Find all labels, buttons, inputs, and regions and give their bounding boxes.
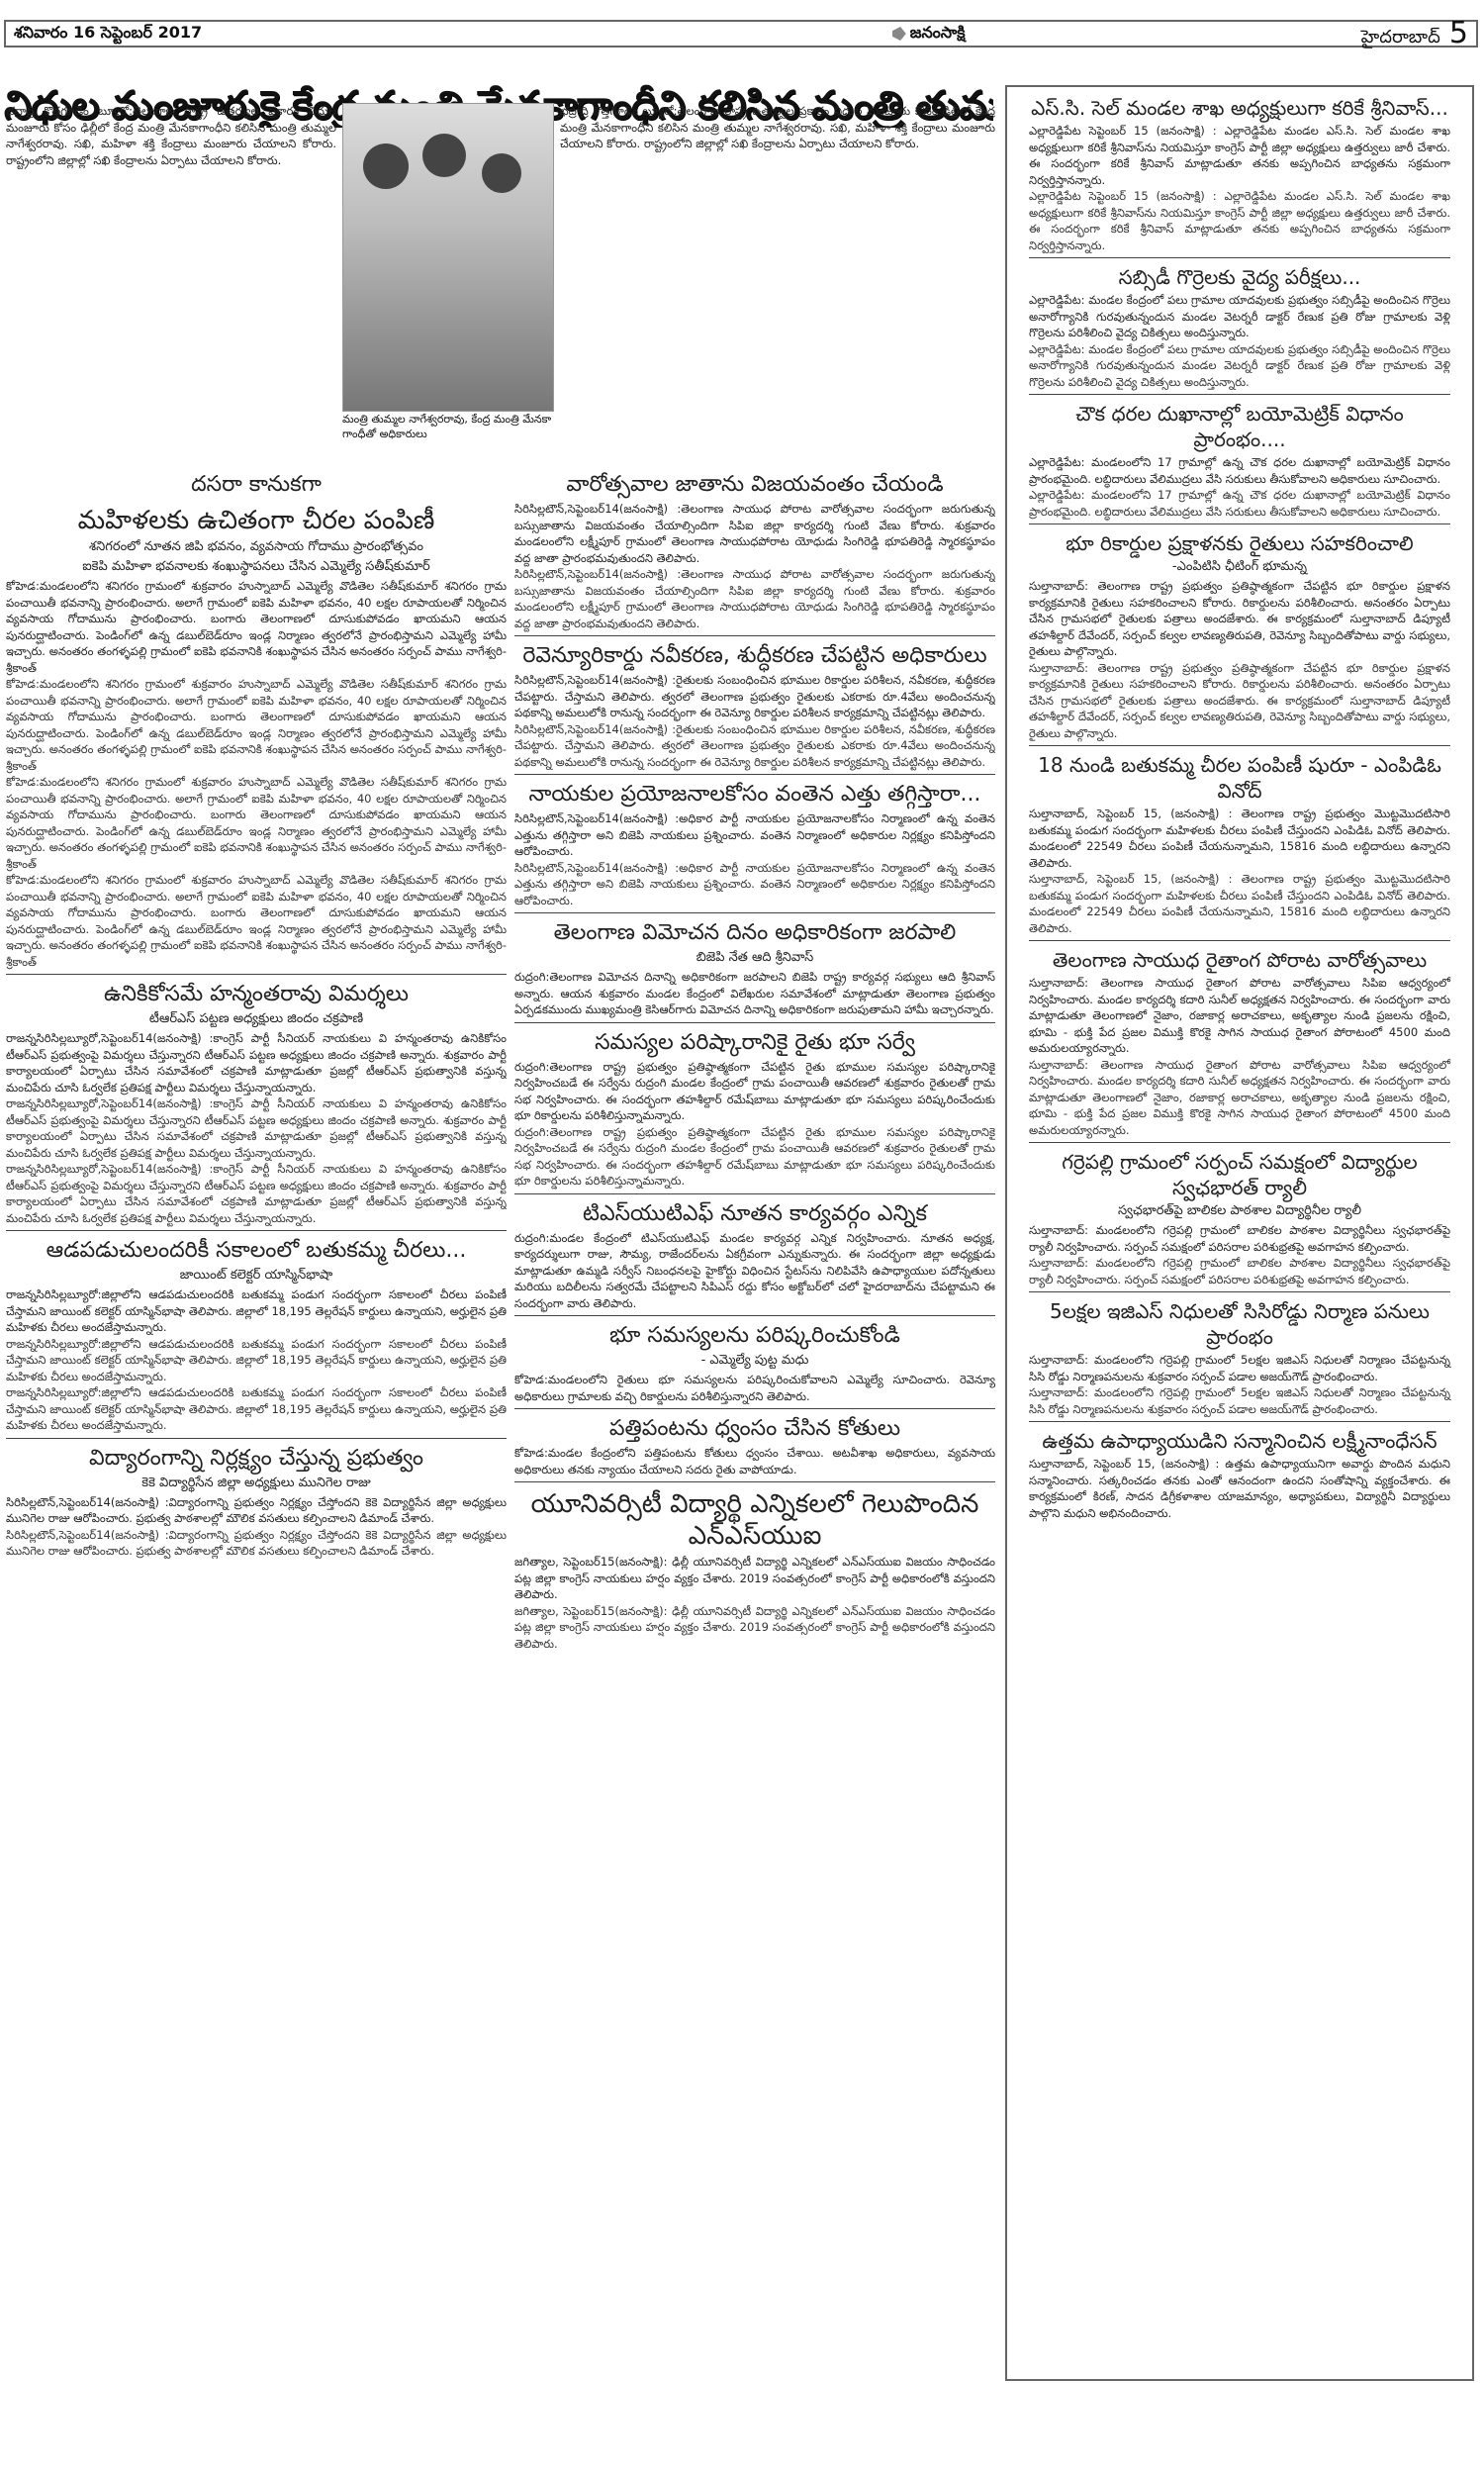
story-body: సిరిసిల్లటౌన్,సెప్టెంబర్14(జనంసాక్షి) :ర… xyxy=(514,672,995,721)
page-edition: హైదరాబాద్ 5 xyxy=(1361,16,1468,51)
story-body-cont: ఎల్లారెడ్డిపేట సెప్టెంబర్ 15 (జనంసాక్షి)… xyxy=(1029,188,1450,253)
story-title: చౌక ధరల దుఖానాల్లో బయోమెట్రిక్ విధానం ప్… xyxy=(1029,401,1450,452)
story-title: దసరా కానుకగా xyxy=(6,471,507,499)
story-body: సిరిసిల్లటౌన్,సెప్టెంబర్14(జనంసాక్షి) :త… xyxy=(514,501,995,566)
story-subtitle: ఐకెపి మహిళా భవనాలకు శంఖుస్థాపనలు చేసిన ఎ… xyxy=(6,558,507,576)
story-body-cont: కోహెడ:మండలంలోని శనిగరం గ్రామంలో శుక్రవార… xyxy=(6,872,507,970)
story-monkeys-cotton: పత్తిపంటను ధ్వంసం చేసిన కోతులు కోహెడ:మండ… xyxy=(514,1415,995,1477)
story-title: భూ రికార్డుల ప్రక్షాళనకు రైతులు సహకరించా… xyxy=(1029,530,1450,556)
story-subtitle: - ఎమ్మెల్యే పుట్ట మధు xyxy=(514,1352,995,1370)
story-title: తెలంగాణ సాయుధ రైతాంగ పోరాట వారోత్సవాలు xyxy=(1029,947,1450,973)
story-subtitle: శనిగరంలో నూతన జిపి భవనం, వ్యవసాయ గోదాము … xyxy=(6,538,507,556)
story-dasara-sarees: దసరా కానుకగా మహిళలకు ఉచితంగా చీరల పంపిణీ… xyxy=(6,471,507,970)
story-bathukamma-sarees: ఆడపడుచులందరికీ సకాలంలో బతుకమ్మ చీరలు... … xyxy=(6,1237,507,1434)
story-revenue-records: రెవెన్యూరికార్డు నవీకరణ, శుద్ధీకరణ చేపట్… xyxy=(514,642,995,770)
story-title: యూనివర్సిటీ విద్యార్థి ఎన్నికలలో గెలుపొం… xyxy=(514,1488,995,1552)
story-body-cont: సుల్తానాబాద్: మండలంలోని గర్రెపల్లి గ్రామ… xyxy=(1029,1255,1450,1287)
story-title: ఉత్తమ ఉపాధ్యాయుడిని సన్మానించిన లక్ష్మీన… xyxy=(1029,1428,1450,1454)
story-body: కోహెడ:మండలంలోని రైతులు భూ సమస్యలను పరిష్… xyxy=(514,1372,995,1404)
column-1: దసరా కానుకగా మహిళలకు ఉచితంగా చీరల పంపిణీ… xyxy=(6,465,507,2464)
story-body: కోహెడ:మండల కేంద్రంలోని పత్తిపంటను కోతులు… xyxy=(514,1445,995,1477)
edition-city: హైదరాబాద్ xyxy=(1361,27,1440,48)
lead-photo-caption: మంత్రి తుమ్మల నాగేశ్వరరావు, కేంద్ర మంత్ర… xyxy=(342,412,552,441)
story-body: రుద్రంగి:మండల కేంద్రంలో టిఎస్‌యుటిఎఫ్ మం… xyxy=(514,1230,995,1312)
story-body: రుద్రంగి:తెలంగాణ విమోచన దినాన్ని అధికారి… xyxy=(514,969,995,1018)
story-sc-cell: ఎస్.సి. సెల్ మండల శాఖ అధ్యక్షులుగా కరికే… xyxy=(1029,95,1450,253)
story-title: గర్రెపల్లి గ్రామంలో సర్పంచ్ సమక్షంలో విద… xyxy=(1029,1149,1450,1200)
story-body: రాజన్నసిరిసిల్లబ్యూరో:జిల్లాలోని ఆడపడుచు… xyxy=(6,1286,507,1336)
story-body: ఎల్లారెడ్డిపేట: మండలంలోని 17 గ్రామాల్లో … xyxy=(1029,454,1450,487)
story-subtitle: జాయింట్ కలెక్టర్ యాస్మిన్‌భాషా xyxy=(6,1267,507,1285)
story-body-cont: రాజన్నసిరిసిల్లబ్యూరో:జిల్లాలోని ఆడపడుచు… xyxy=(6,1336,507,1385)
story-body: జగిత్యాల, సెప్టెంబర్15(జనంసాక్షి): ఢిల్ల… xyxy=(514,1554,995,1603)
story-subtitle: -ఎంపిటిసి ఛీటింగ్ భూమన్న xyxy=(1029,558,1450,576)
story-body: రుద్రంగి:తెలంగాణ రాష్ట్ర ప్రభుత్వం ప్రతి… xyxy=(514,1059,995,1124)
story-body: సిరిసిల్లటౌన్,సెప్టెంబర్14(జనంసాక్షి) :అ… xyxy=(514,810,995,860)
story-title: పత్తిపంటను ధ్వంసం చేసిన కోతులు xyxy=(514,1415,995,1443)
story-body: సుల్తానాబాద్: మండలంలోని గర్రెపల్లి గ్రామ… xyxy=(1029,1352,1450,1384)
newspaper-logo: జనంసాక్షి xyxy=(892,23,966,46)
story-hanumantha-rao: ఉనికికోసమే హన్మంతరావు విమర్శలు టీఆర్ఎస్ … xyxy=(6,981,507,1226)
story-body: సుల్తానాబాద్: తెలంగాణ రాష్ట్ర ప్రభుత్వం … xyxy=(1029,578,1450,660)
story-title: విద్యారంగాన్ని నిర్లక్ష్యం చేస్తున్న ప్ర… xyxy=(6,1445,507,1473)
story-title: ఎస్.సి. సెల్ మండల శాఖ అధ్యక్షులుగా కరికే… xyxy=(1029,95,1450,121)
story-body: కోహెడ:మండలంలోని శనిగరం గ్రామంలో శుక్రవార… xyxy=(6,578,507,676)
story-body-cont: సిరిసిల్లటౌన్,సెప్టెంబర్14(జనంసాక్షి) :వ… xyxy=(6,1527,507,1560)
story-body: ఎల్లారెడ్డిపేట: మండల కేంద్రంలో పలు గ్రామ… xyxy=(1029,292,1450,341)
story-title: రెవెన్యూరికార్డు నవీకరణ, శుద్ధీకరణ చేపట్… xyxy=(514,642,995,670)
story-title-2: మహిళలకు ఉచితంగా చీరల పంపిణీ xyxy=(6,505,507,536)
story-nsui: యూనివర్సిటీ విద్యార్థి ఎన్నికలలో గెలుపొం… xyxy=(514,1488,995,1652)
story-title: నాయకుల ప్రయోజనాలకోసం వంతెన ఎత్తు తగ్గిస్… xyxy=(514,781,995,809)
story-education-neglect: విద్యారంగాన్ని నిర్లక్ష్యం చేస్తున్న ప్ర… xyxy=(6,1445,507,1560)
lead-story-body-right: భద్రాద్రి కొత్తగూడెం బ్యూరో:తెలంగాణ రాష్… xyxy=(560,103,995,459)
story-jatha: వారోత్సవాల జాతాను విజయవంతం చేయండి సిరిసి… xyxy=(514,471,995,631)
story-armed-struggle: తెలంగాణ సాయుధ రైతాంగ పోరాట వారోత్సవాలు స… xyxy=(1029,947,1450,1138)
story-swachh-bharat-rally: గర్రెపల్లి గ్రామంలో సర్పంచ్ సమక్షంలో విద… xyxy=(1029,1149,1450,1287)
story-title: టిఎస్‌యుటిఎఫ్ నూతన కార్యవర్గం ఎన్నిక xyxy=(514,1200,995,1228)
story-title: తెలంగాణ విమోచన దినం అధికారికంగా జరపాలి xyxy=(514,919,995,947)
story-title: 5లక్షల ఇజిఎస్ నిధులతో సిసిరోడ్డు నిర్మాణ… xyxy=(1029,1298,1450,1350)
story-body-cont: సుల్తానాబాద్: తెలంగాణ రాష్ట్ర ప్రభుత్వం … xyxy=(1029,660,1450,742)
story-land-records: భూ రికార్డుల ప్రక్షాళనకు రైతులు సహకరించా… xyxy=(1029,530,1450,741)
story-body: రాజన్నసిరిసిల్లబ్యూరో,సెప్టెంబర్14(జనంసా… xyxy=(6,1030,507,1095)
story-land-issues: భూ సమస్యలను పరిష్కరించుకోండి - ఎమ్మెల్యే… xyxy=(514,1322,995,1404)
lead-photo xyxy=(342,103,554,412)
story-land-survey: సమస్యల పరిష్కారానికై రైతు భూ సర్వే రుద్ర… xyxy=(514,1029,995,1190)
story-body-cont: సుల్తానాబాద్: మండలంలోని గర్రెపల్లి గ్రామ… xyxy=(1029,1384,1450,1417)
story-subtitle: స్వఛభారత్‌పై బాలికల పాఠశాల విద్యార్థినీల… xyxy=(1029,1202,1450,1220)
logo-text: జనంసాక్షి xyxy=(910,23,966,46)
story-body-cont: సిరిసిల్లటౌన్,సెప్టెంబర్14(జనంసాక్షి) :అ… xyxy=(514,860,995,909)
story-body-cont: కోహెడ:మండలంలోని శనిగరం గ్రామంలో శుక్రవార… xyxy=(6,676,507,774)
story-subtitle: టీఆర్ఎస్ పట్టణ అధ్యక్షులు జిందం చక్రపాణి xyxy=(6,1010,507,1028)
lead-story-body-left: భద్రాద్రి కొత్తగూడెం బ్యూరో:తెలంగాణ రాష్… xyxy=(6,103,336,459)
story-subtitle: బిజెపి నేత ఆది శ్రీనివాస్ xyxy=(514,949,995,967)
story-title: 18 నుండి బతుకమ్మ చీరల పంపిణీ షురూ - ఎంపి… xyxy=(1029,752,1450,804)
story-title: సమస్యల పరిష్కారానికై రైతు భూ సర్వే xyxy=(514,1029,995,1057)
story-body: సుల్తానాబాద్: తెలంగాణ సాయుధ రైతాంగ పోరాట… xyxy=(1029,975,1450,1057)
story-biometric: చౌక ధరల దుఖానాల్లో బయోమెట్రిక్ విధానం ప్… xyxy=(1029,401,1450,520)
story-body-cont: సిరిసిల్లటౌన్,సెప్టెంబర్14(జనంసాక్షి) :ర… xyxy=(514,721,995,771)
story-body-cont: రాజన్నసిరిసిల్లబ్యూరో,సెప్టెంబర్14(జనంసా… xyxy=(6,1161,507,1226)
story-title: వారోత్సవాల జాతాను విజయవంతం చేయండి xyxy=(514,471,995,499)
story-body-cont: జగిత్యాల, సెప్టెంబర్15(జనంసాక్షి): ఢిల్ల… xyxy=(514,1603,995,1653)
story-title: ఉనికికోసమే హన్మంతరావు విమర్శలు xyxy=(6,981,507,1008)
story-title: సబ్సిడీ గొర్రెలకు వైద్య పరీక్షలు... xyxy=(1029,264,1450,290)
story-body: సుల్తానాబాద్, సెప్టెంబర్ 15, (జనంసాక్షి)… xyxy=(1029,806,1450,871)
lead-body-cont: భద్రాద్రి కొత్తగూడెం బ్యూరో:తెలంగాణ రాష్… xyxy=(560,103,995,152)
story-bridge-height: నాయకుల ప్రయోజనాలకోసం వంతెన ఎత్తు తగ్గిస్… xyxy=(514,781,995,908)
story-body-cont: సిరిసిల్లటౌన్,సెప్టెంబర్14(జనంసాక్షి) :త… xyxy=(514,566,995,631)
story-tsutf: టిఎస్‌యుటిఎఫ్ నూతన కార్యవర్గం ఎన్నిక రుద… xyxy=(514,1200,995,1312)
story-body: సిరిసిల్లటౌన్,సెప్టెంబర్14(జనంసాక్షి) :వ… xyxy=(6,1494,507,1527)
story-liberation-day: తెలంగాణ విమోచన దినం అధికారికంగా జరపాలి బ… xyxy=(514,919,995,1018)
story-body: సుల్తానాబాద్, సెప్టెంబర్ 15, (జనంసాక్షి)… xyxy=(1029,1456,1450,1521)
story-body-cont: సుల్తానాబాద్, సెప్టెంబర్ 15, (జనంసాక్షి)… xyxy=(1029,871,1450,936)
story-body: ఎల్లారెడ్డిపేట సెప్టెంబర్ 15 (జనంసాక్షి)… xyxy=(1029,123,1450,188)
story-bathukamma-distribution: 18 నుండి బతుకమ్మ చీరల పంపిణీ షురూ - ఎంపి… xyxy=(1029,752,1450,936)
story-cc-road: 5లక్షల ఇజిఎస్ నిధులతో సిసిరోడ్డు నిర్మాణ… xyxy=(1029,1298,1450,1417)
column-2: వారోత్సవాల జాతాను విజయవంతం చేయండి సిరిసి… xyxy=(514,465,995,2464)
masthead: శనివారం 16 సెప్టెంబర్ 2017 జనంసాక్షి హైద… xyxy=(4,20,1478,48)
story-best-teacher: ఉత్తమ ఉపాధ్యాయుడిని సన్మానించిన లక్ష్మీన… xyxy=(1029,1428,1450,1521)
story-body: సుల్తానాబాద్: మండలంలోని గర్రెపల్లి గ్రామ… xyxy=(1029,1222,1450,1255)
story-title: భూ సమస్యలను పరిష్కరించుకోండి xyxy=(514,1322,995,1350)
lead-body: భద్రాద్రి కొత్తగూడెం బ్యూరో:తెలంగాణ రాష్… xyxy=(6,103,336,168)
story-subtitle: కెకె విద్యార్థిసేన జిల్లా అధ్యక్షులు మున… xyxy=(6,1475,507,1492)
story-body-cont: ఎల్లారెడ్డిపేట: మండల కేంద్రంలో పలు గ్రామ… xyxy=(1029,341,1450,391)
issue-date: శనివారం 16 సెప్టెంబర్ 2017 xyxy=(14,23,202,46)
column-3-box: ఎస్.సి. సెల్ మండల శాఖ అధ్యక్షులుగా కరికే… xyxy=(1005,85,1474,2381)
story-title: ఆడపడుచులందరికీ సకాలంలో బతుకమ్మ చీరలు... xyxy=(6,1237,507,1265)
story-sheep-health: సబ్సిడీ గొర్రెలకు వైద్య పరీక్షలు... ఎల్ల… xyxy=(1029,264,1450,390)
story-body-cont: సుల్తానాబాద్: తెలంగాణ సాయుధ రైతాంగ పోరాట… xyxy=(1029,1057,1450,1139)
logo-leaf-icon xyxy=(892,27,906,41)
story-body-cont: కోహెడ:మండలంలోని శనిగరం గ్రామంలో శుక్రవార… xyxy=(6,774,507,872)
story-body-cont: రుద్రంగి:తెలంగాణ రాష్ట్ర ప్రభుత్వం ప్రతి… xyxy=(514,1124,995,1190)
story-body-cont: రాజన్నసిరిసిల్లబ్యూరో,సెప్టెంబర్14(జనంసా… xyxy=(6,1095,507,1161)
story-body-cont: రాజన్నసిరిసిల్లబ్యూరో:జిల్లాలోని ఆడపడుచు… xyxy=(6,1384,507,1434)
page-number: 5 xyxy=(1449,16,1468,50)
story-body-cont: ఎల్లారెడ్డిపేట: మండలంలోని 17 గ్రామాల్లో … xyxy=(1029,487,1450,520)
